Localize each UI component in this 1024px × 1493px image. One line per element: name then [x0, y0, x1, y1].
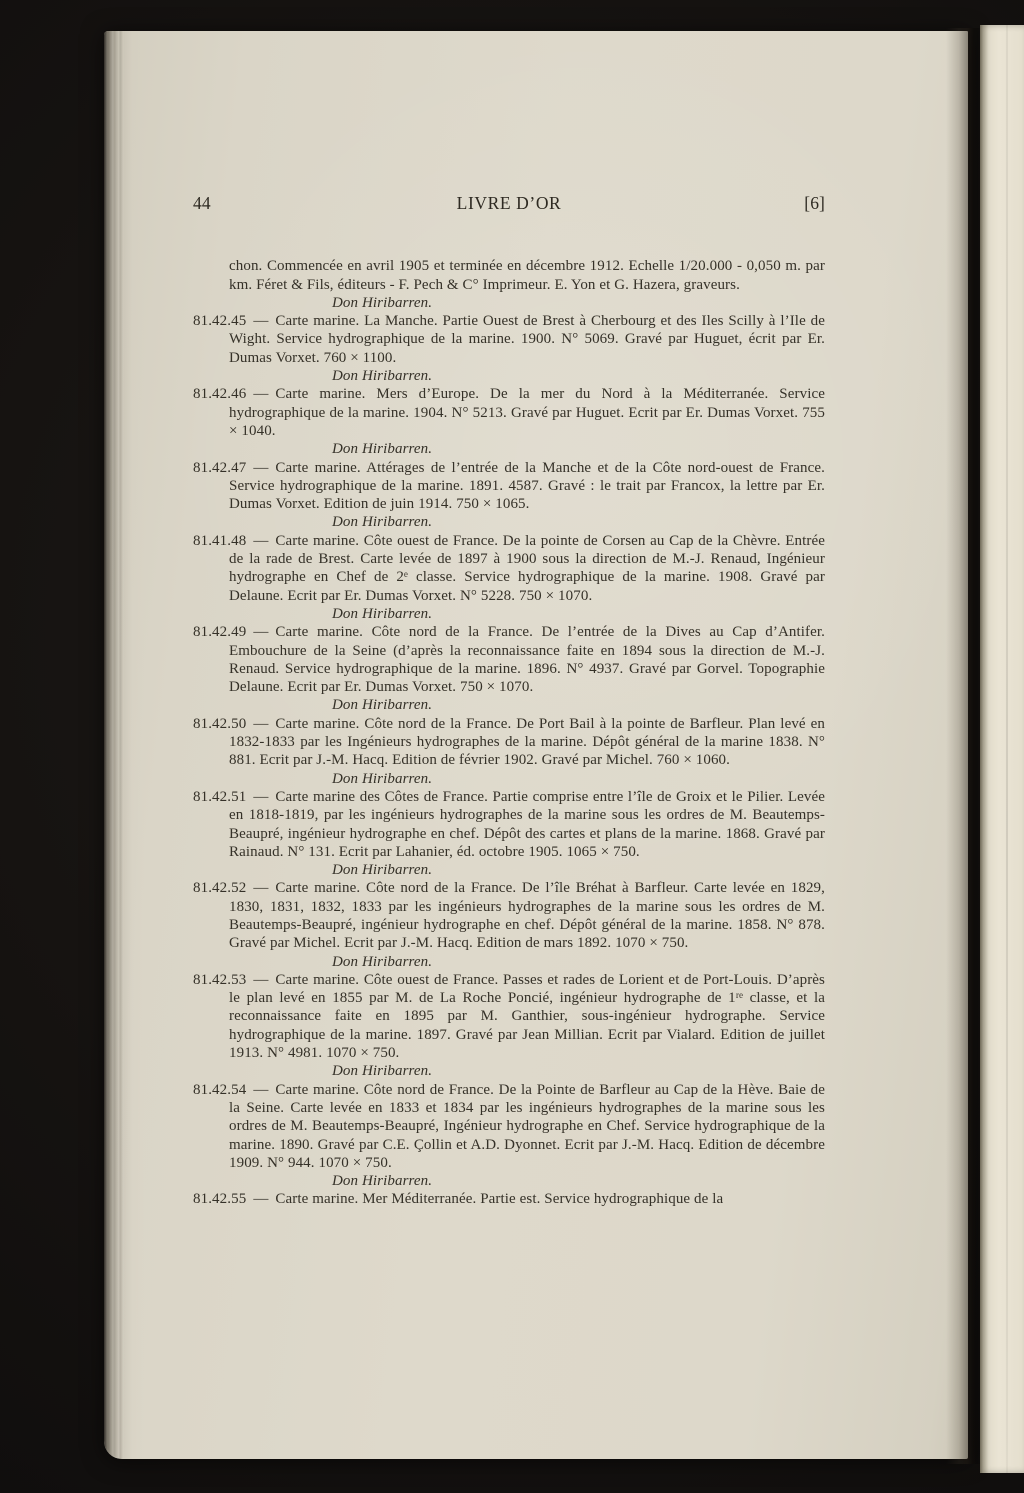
catalog-body: chon. Commencée en avril 1905 et terminé…: [193, 257, 825, 1208]
entry-dash: —: [246, 624, 275, 640]
donation-line: Don Hiribarren.: [193, 1062, 825, 1080]
entry-number: 81.42.52: [193, 880, 246, 896]
donation-line: Don Hiribarren.: [193, 513, 825, 531]
entry-dash: —: [246, 313, 275, 329]
donation-line: Don Hiribarren.: [193, 294, 825, 312]
book-page: 44 LIVRE D’OR [6] chon. Commencée en avr…: [104, 31, 968, 1459]
page-number: 44: [193, 194, 211, 212]
catalog-entry: 81.42.46—Carte marine. Mers d’Europe. De…: [193, 385, 825, 440]
entry-text: Carte marine des Côtes de France. Partie…: [229, 789, 825, 860]
catalog-entry: 81.42.50—Carte marine. Côte nord de la F…: [193, 715, 825, 770]
catalog-entry: 81.42.52—Carte marine. Côte nord de la F…: [193, 879, 825, 952]
entry-text: Carte marine. Attérages de l’entrée de l…: [229, 460, 825, 513]
entry-number: 81.42.45: [193, 313, 246, 329]
entry-dash: —: [246, 972, 275, 988]
entry-text: Carte marine. Côte nord de France. De la…: [229, 1082, 825, 1171]
donation-line: Don Hiribarren.: [193, 861, 825, 879]
entry-number: 81.42.49: [193, 624, 246, 640]
entry-text: Carte marine. Côte nord de la France. De…: [229, 880, 825, 951]
entry-dash: —: [246, 880, 275, 896]
entry-number: 81.42.46: [193, 386, 246, 402]
catalog-entry: 81.42.49—Carte marine. Côte nord de la F…: [193, 623, 825, 696]
running-title: LIVRE D’OR: [457, 194, 562, 212]
continuation-paragraph: chon. Commencée en avril 1905 et terminé…: [193, 257, 825, 294]
entry-number: 81.42.54: [193, 1082, 246, 1098]
donation-line: Don Hiribarren.: [193, 1172, 825, 1190]
folio-number: [6]: [804, 194, 825, 212]
page-edge-shadow: [104, 31, 144, 1459]
donation-line: Don Hiribarren.: [193, 696, 825, 714]
catalog-entry: 81.42.53—Carte marine. Côte ouest de Fra…: [193, 971, 825, 1062]
entry-text: Carte marine. Côte ouest de France. De l…: [229, 533, 825, 604]
entry-dash: —: [246, 1082, 275, 1098]
catalog-entry: 81.42.55—Carte marine. Mer Méditerranée.…: [193, 1190, 825, 1208]
entry-text: Carte marine. La Manche. Partie Ouest de…: [229, 313, 825, 366]
book-photo-backdrop: 44 LIVRE D’OR [6] chon. Commencée en avr…: [0, 0, 1024, 1493]
entry-text: Carte marine. Côte nord de la France. De…: [229, 716, 825, 769]
entry-number: 81.42.51: [193, 789, 246, 805]
catalog-entry: 81.42.47—Carte marine. Attérages de l’en…: [193, 459, 825, 514]
donation-line: Don Hiribarren.: [193, 367, 825, 385]
book-gutter-shadow: [946, 28, 980, 1464]
entry-text: Carte marine. Côte nord de la France. De…: [229, 624, 825, 695]
catalog-entry: 81.42.45—Carte marine. La Manche. Partie…: [193, 312, 825, 367]
entry-dash: —: [246, 533, 275, 549]
donation-line: Don Hiribarren.: [193, 605, 825, 623]
entry-number: 81.41.48: [193, 533, 246, 549]
donation-line: Don Hiribarren.: [193, 770, 825, 788]
entry-text: Carte marine. Mer Méditerranée. Partie e…: [275, 1191, 723, 1207]
entry-number: 81.42.53: [193, 972, 246, 988]
donation-line: Don Hiribarren.: [193, 953, 825, 971]
entry-dash: —: [246, 386, 275, 402]
entry-dash: —: [246, 716, 275, 732]
donation-line: Don Hiribarren.: [193, 440, 825, 458]
entry-number: 81.42.50: [193, 716, 246, 732]
entry-dash: —: [246, 1191, 275, 1207]
entry-text: Carte marine. Mers d’Europe. De la mer d…: [229, 386, 825, 439]
catalog-entry: 81.41.48—Carte marine. Côte ouest de Fra…: [193, 532, 825, 605]
printed-text-block: 44 LIVRE D’OR [6] chon. Commencée en avr…: [193, 194, 825, 1209]
catalog-entry: 81.42.54—Carte marine. Côte nord de Fran…: [193, 1081, 825, 1172]
catalog-entry: 81.42.51—Carte marine des Côtes de Franc…: [193, 788, 825, 861]
entry-text: Carte marine. Côte ouest de France. Pass…: [229, 972, 825, 1061]
entry-number: 81.42.55: [193, 1191, 246, 1207]
running-header: 44 LIVRE D’OR [6]: [193, 194, 825, 212]
entry-dash: —: [246, 460, 275, 476]
facing-page-edge: [980, 25, 1024, 1473]
entry-dash: —: [246, 789, 275, 805]
entry-number: 81.42.47: [193, 460, 246, 476]
